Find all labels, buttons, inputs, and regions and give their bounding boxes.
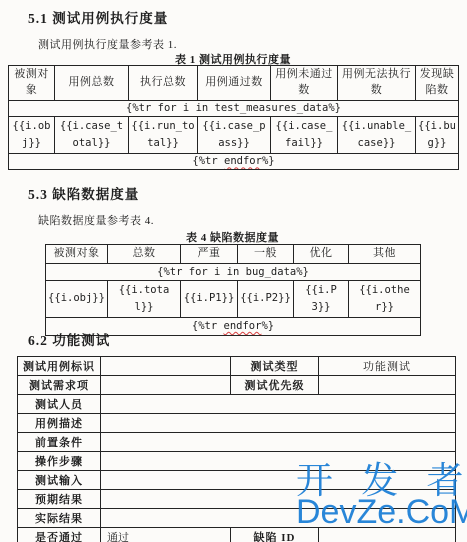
field-label-priority: 测试优先级: [231, 376, 319, 395]
field-value-tester: [101, 395, 456, 414]
section-heading-5-3: 5.3 缺陷数据度量: [28, 183, 139, 203]
table4-header-cell: 严重: [181, 245, 238, 264]
field-value-input: [101, 471, 456, 490]
bug-data-table: 被测对象 总数 严重 一般 优化 其他 {%tr for i in bug_da…: [45, 244, 421, 336]
test-measures-table: 被测对象 用例总数 执行总数 用例通过数 用例未通过数 用例无法执行数 发现缺陷…: [8, 65, 459, 170]
loop-close-endfor: endfor: [224, 320, 262, 332]
template-loop-open: {%tr for i in bug_data%}: [46, 264, 421, 281]
loop-close-prefix: {%tr: [192, 320, 224, 332]
table1-header-cell: 用例通过数: [198, 66, 271, 101]
form-row-expected: 预期结果: [18, 490, 456, 509]
loop-close-endfor: endfor: [224, 155, 262, 167]
template-cell: {{i.P2}}: [238, 281, 294, 318]
table4-caption: 表 4 缺陷数据度量: [45, 229, 420, 245]
field-value-priority: [319, 376, 456, 395]
table1-header-cell: 用例无法执行数: [338, 66, 416, 101]
section-heading-5-1: 5.1 测试用例执行度量: [28, 7, 168, 27]
template-cell: {{i.bug}}: [416, 116, 459, 153]
field-label-precondition: 前置条件: [18, 433, 101, 452]
field-value-pass: 通过: [101, 528, 231, 542]
table4-header-row: 被测对象 总数 严重 一般 优化 其他: [46, 245, 421, 264]
form-row-tester: 测试人员: [18, 395, 456, 414]
table4-data-row: {{i.obj}} {{i.total}} {{i.P1}} {{i.P2}} …: [46, 281, 421, 318]
field-label-description: 用例描述: [18, 414, 101, 433]
template-cell: {{i.P3}}: [294, 281, 349, 318]
field-value-actual: [101, 509, 456, 528]
loop-close-prefix: {%tr: [192, 155, 224, 167]
table1-header-cell: 用例未通过数: [271, 66, 338, 101]
table1-header-cell: 用例总数: [55, 66, 129, 101]
template-cell: {{i.P1}}: [181, 281, 238, 318]
field-label-test-type: 测试类型: [231, 357, 319, 376]
field-label-actual: 实际结果: [18, 509, 101, 528]
table4-header-cell: 总数: [108, 245, 181, 264]
loop-close-suffix: %}: [261, 320, 274, 332]
table1-header-cell: 发现缺陷数: [416, 66, 459, 101]
form-row-description: 用例描述: [18, 414, 456, 433]
loop-close-suffix: %}: [262, 155, 275, 167]
form-row-actual: 实际结果: [18, 509, 456, 528]
table1-loop-open-row: {%tr for i in test_measures_data%}: [9, 100, 459, 116]
field-value-description: [101, 414, 456, 433]
template-cell: {{i.case_total}}: [55, 116, 129, 153]
template-cell: {{i.obj}}: [46, 281, 108, 318]
template-loop-open: {%tr for i in test_measures_data%}: [9, 100, 459, 116]
template-cell: {{i.case_fail}}: [271, 116, 338, 153]
field-value-precondition: [101, 433, 456, 452]
section-heading-6-2: 6.2 功能测试: [28, 329, 110, 349]
form-row-case-id: 测试用例标识 测试类型 功能测试: [18, 357, 456, 376]
template-cell: {{i.other}}: [349, 281, 421, 318]
form-row-pass: 是否通过 通过 缺陷 ID: [18, 528, 456, 542]
section-intro-5-1: 测试用例执行度量参考表 1.: [38, 36, 177, 52]
table4-header-cell: 被测对象: [46, 245, 108, 264]
table1-header-row: 被测对象 用例总数 执行总数 用例通过数 用例未通过数 用例无法执行数 发现缺陷…: [9, 66, 459, 101]
form-row-input: 测试输入: [18, 471, 456, 490]
field-label-tester: 测试人员: [18, 395, 101, 414]
template-cell: {{i.total}}: [108, 281, 181, 318]
field-label-defect-id: 缺陷 ID: [231, 528, 319, 542]
field-label-expected: 预期结果: [18, 490, 101, 509]
table4-header-cell: 优化: [294, 245, 349, 264]
field-value-test-type: 功能测试: [319, 357, 456, 376]
form-row-precondition: 前置条件: [18, 433, 456, 452]
section-intro-5-3: 缺陷数据度量参考表 4.: [38, 212, 154, 228]
template-cell: {{i.case_pass}}: [198, 116, 271, 153]
field-value-case-id: [101, 357, 231, 376]
form-row-requirement: 测试需求项 测试优先级: [18, 376, 456, 395]
document-page: 5.1 测试用例执行度量 测试用例执行度量参考表 1. 表 1 测试用例执行度量…: [0, 0, 467, 542]
field-value-requirement: [101, 376, 231, 395]
field-value-steps: [101, 452, 456, 471]
form-row-steps: 操作步骤: [18, 452, 456, 471]
functional-test-form: 测试用例标识 测试类型 功能测试 测试需求项 测试优先级 测试人员 用例描述 前…: [17, 356, 456, 542]
table1-loop-close-row: {%tr endfor%}: [9, 153, 459, 169]
field-label-steps: 操作步骤: [18, 452, 101, 471]
table4-loop-open-row: {%tr for i in bug_data%}: [46, 264, 421, 281]
field-label-input: 测试输入: [18, 471, 101, 490]
table1-data-row: {{i.obj}} {{i.case_total}} {{i.run_total…: [9, 116, 459, 153]
field-value-expected: [101, 490, 456, 509]
field-label-requirement: 测试需求项: [18, 376, 101, 395]
table4-header-cell: 一般: [238, 245, 294, 264]
template-cell: {{i.unable_case}}: [338, 116, 416, 153]
table1-header-cell: 执行总数: [129, 66, 198, 101]
table1-header-cell: 被测对象: [9, 66, 55, 101]
table4-header-cell: 其他: [349, 245, 421, 264]
field-label-pass: 是否通过: [18, 528, 101, 542]
field-label-case-id: 测试用例标识: [18, 357, 101, 376]
field-value-defect-id: [319, 528, 456, 542]
template-cell: {{i.run_total}}: [129, 116, 198, 153]
template-loop-close: {%tr endfor%}: [9, 153, 459, 169]
template-cell: {{i.obj}}: [9, 116, 55, 153]
